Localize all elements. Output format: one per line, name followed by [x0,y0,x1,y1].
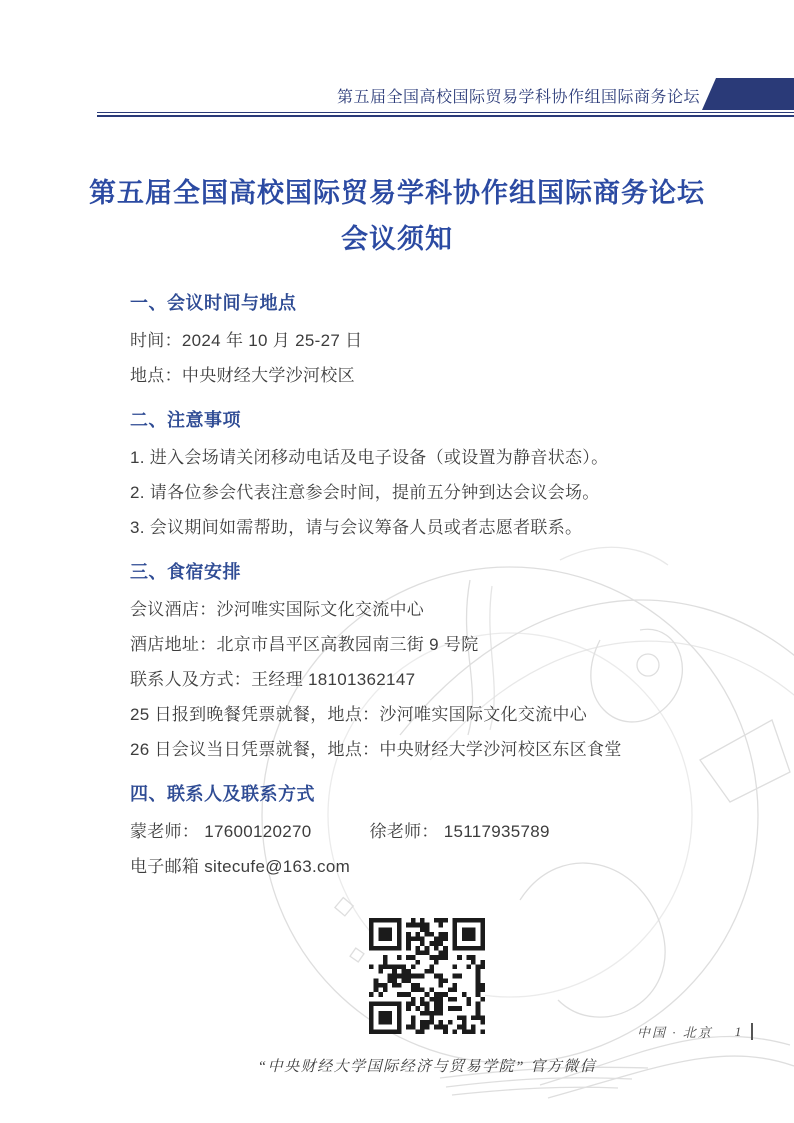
section-heading: 三、食宿安排 [130,559,724,585]
document-page: 第五届全国高校国际贸易学科协作组国际商务论坛 第五届全国高校国际贸易学科协作组国… [0,0,794,1123]
footer-divider [751,1023,753,1040]
section-heading: 四、联系人及联系方式 [130,781,724,807]
body-line: 1. 进入会场请关闭移动电话及电子设备（或设置为静音状态）。 [130,440,724,475]
body-line: 时间：2024 年 10 月 25-27 日 [130,323,724,358]
qr-caption: “中央财经大学国际经济与贸易学院” 官方微信 [130,1055,724,1076]
body-line: 联系人及方式：王经理 18101362147 [130,662,724,697]
footer-location: 中国 · 北京 [637,1022,713,1041]
header-corner-flag [702,78,794,110]
page-title: 第五届全国高校国际贸易学科协作组国际商务论坛 会议须知 [0,0,794,262]
body-line: 2. 请各位参会代表注意参会时间，提前五分钟到达会议会场。 [130,475,724,510]
page-footer: 中国 · 北京 1 [637,1022,753,1041]
page-title-line1: 第五届全国高校国际贸易学科协作组国际商务论坛 [89,178,705,208]
section-heading: 一、会议时间与地点 [130,290,724,316]
body-line: 26 日会议当日凭票就餐，地点：中央财经大学沙河校区东区食堂 [130,732,724,767]
header-running-title: 第五届全国高校国际贸易学科协作组国际商务论坛 [337,84,700,107]
section-contacts: 四、联系人及联系方式 蒙老师： 17600120270 徐老师： 1511793… [130,781,724,884]
footer-page-number: 1 [735,1024,742,1040]
section-heading: 二、注意事项 [130,407,724,433]
contacts-row: 蒙老师： 17600120270 徐老师： 15117935789 [130,814,724,849]
contact-phone-2: 徐老师： 15117935789 [370,814,550,849]
qr-block: “中央财经大学国际经济与贸易学院” 官方微信 [130,918,724,1076]
section-meeting-time-place: 一、会议时间与地点 时间：2024 年 10 月 25-27 日 地点：中央财经… [130,290,724,393]
contact-phone-1: 蒙老师： 17600120270 [130,814,312,849]
qr-code [369,918,485,1034]
body-line: 3. 会议期间如需帮助，请与会议筹备人员或者志愿者联系。 [130,510,724,545]
document-body: 一、会议时间与地点 时间：2024 年 10 月 25-27 日 地点：中央财经… [0,262,794,1076]
contact-gap [312,814,370,849]
body-line: 会议酒店：沙河唯实国际文化交流中心 [130,592,724,627]
body-line: 25 日报到晚餐凭票就餐，地点：沙河唯实国际文化交流中心 [130,697,724,732]
page-title-line2: 会议须知 [341,224,453,254]
body-line: 酒店地址：北京市昌平区高教园南三街 9 号院 [130,627,724,662]
section-accommodation: 三、食宿安排 会议酒店：沙河唯实国际文化交流中心 酒店地址：北京市昌平区高教园南… [130,559,724,767]
contact-email: 电子邮箱 sitecufe@163.com [130,849,724,884]
section-notes: 二、注意事项 1. 进入会场请关闭移动电话及电子设备（或设置为静音状态）。 2.… [130,407,724,545]
header-double-rule [97,112,794,117]
body-line: 地点：中央财经大学沙河校区 [130,358,724,393]
